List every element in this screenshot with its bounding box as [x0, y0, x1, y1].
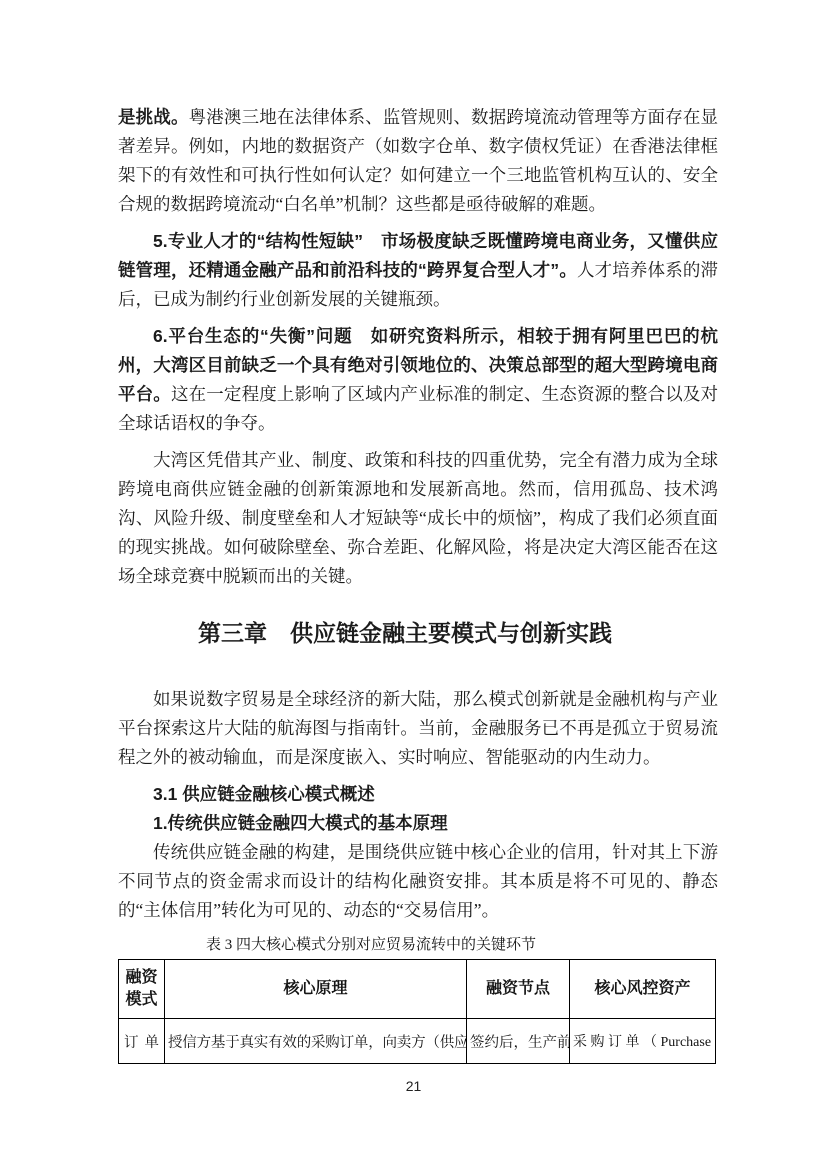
chapter-heading: 第三章 供应链金融主要模式与创新实践 [118, 613, 692, 653]
paragraph-talent-shortage: 5.专业人才的“结构性短缺” 市场极度缺乏既懂跨境电商业务，又懂供应链管理，还精… [118, 227, 718, 314]
cell-mode-order: 订 单 [119, 1019, 165, 1064]
section-heading-3-1: 3.1 供应链金融核心模式概述 [118, 780, 718, 809]
paragraph-text: 大湾区凭借其产业、制度、政策和科技的四重优势，完全有潜力成为全球跨境电商供应链金… [118, 450, 718, 586]
table-caption: 表 3 四大核心模式分别对应贸易流转中的关键环节 [118, 935, 718, 955]
column-header-risk-asset: 核心风控资产 [570, 960, 716, 1019]
paragraph-model-innovation: 如果说数字贸易是全球经济的新大陆，那么模式创新就是金融机构与产业平台探索这片大陆… [118, 685, 718, 772]
paragraph-bold-lead: 是挑战。 [118, 107, 189, 127]
four-modes-table: 融资模式 核心原理 融资节点 核心风控资产 订 单 授信方基于真实有效的采购订单… [118, 959, 716, 1064]
paragraph-legal-differences: 是挑战。粤港澳三地在法律体系、监管规则、数据跨境流动管理等方面存在显著差异。例如… [118, 103, 718, 219]
column-header-core-principle: 核心原理 [165, 960, 467, 1019]
paragraph-text: 传统供应链金融的构建，是围绕供应链中核心企业的信用，针对其上下游不同节点的资金需… [118, 842, 718, 920]
column-header-financing-mode: 融资模式 [119, 960, 165, 1019]
column-header-financing-node: 融资节点 [467, 960, 570, 1019]
subsection-heading-1: 1.传统供应链金融四大模式的基本原理 [118, 809, 718, 838]
document-page: 是挑战。粤港澳三地在法律体系、监管规则、数据跨境流动管理等方面存在显著差异。例如… [0, 0, 827, 1169]
paragraph-text: 粤港澳三地在法律体系、监管规则、数据跨境流动管理等方面存在显著差异。例如，内地的… [118, 107, 718, 214]
paragraph-text: 如果说数字贸易是全球经济的新大陆，那么模式创新就是金融机构与产业平台探索这片大陆… [118, 689, 718, 767]
paragraph-gba-advantages: 大湾区凭借其产业、制度、政策和科技的四重优势，完全有潜力成为全球跨境电商供应链金… [118, 446, 718, 591]
cell-node-order: 签约后，生产前 [467, 1019, 570, 1064]
paragraph-traditional-scf: 传统供应链金融的构建，是围绕供应链中核心企业的信用，针对其上下游不同节点的资金需… [118, 838, 718, 925]
page-number: 21 [0, 1078, 827, 1094]
paragraph-text: 这在一定程度上影响了区域内产业标准的制定、生态资源的整合以及对全球话语权的争夺。 [118, 384, 718, 433]
table-header-row: 融资模式 核心原理 融资节点 核心风控资产 [119, 960, 716, 1019]
cell-principle-order: 授信方基于真实有效的采购订单，向卖方（供应 [165, 1019, 467, 1064]
paragraph-platform-imbalance: 6.平台生态的“失衡”问题 如研究资料所示，相较于拥有阿里巴巴的杭州，大湾区目前… [118, 322, 718, 438]
page-content: 是挑战。粤港澳三地在法律体系、监管规则、数据跨境流动管理等方面存在显著差异。例如… [118, 103, 718, 1064]
table-row: 订 单 授信方基于真实有效的采购订单，向卖方（供应 签约后，生产前 采 购 订 … [119, 1019, 716, 1064]
cell-asset-order: 采 购 订 单 （ Purchase [570, 1019, 716, 1064]
